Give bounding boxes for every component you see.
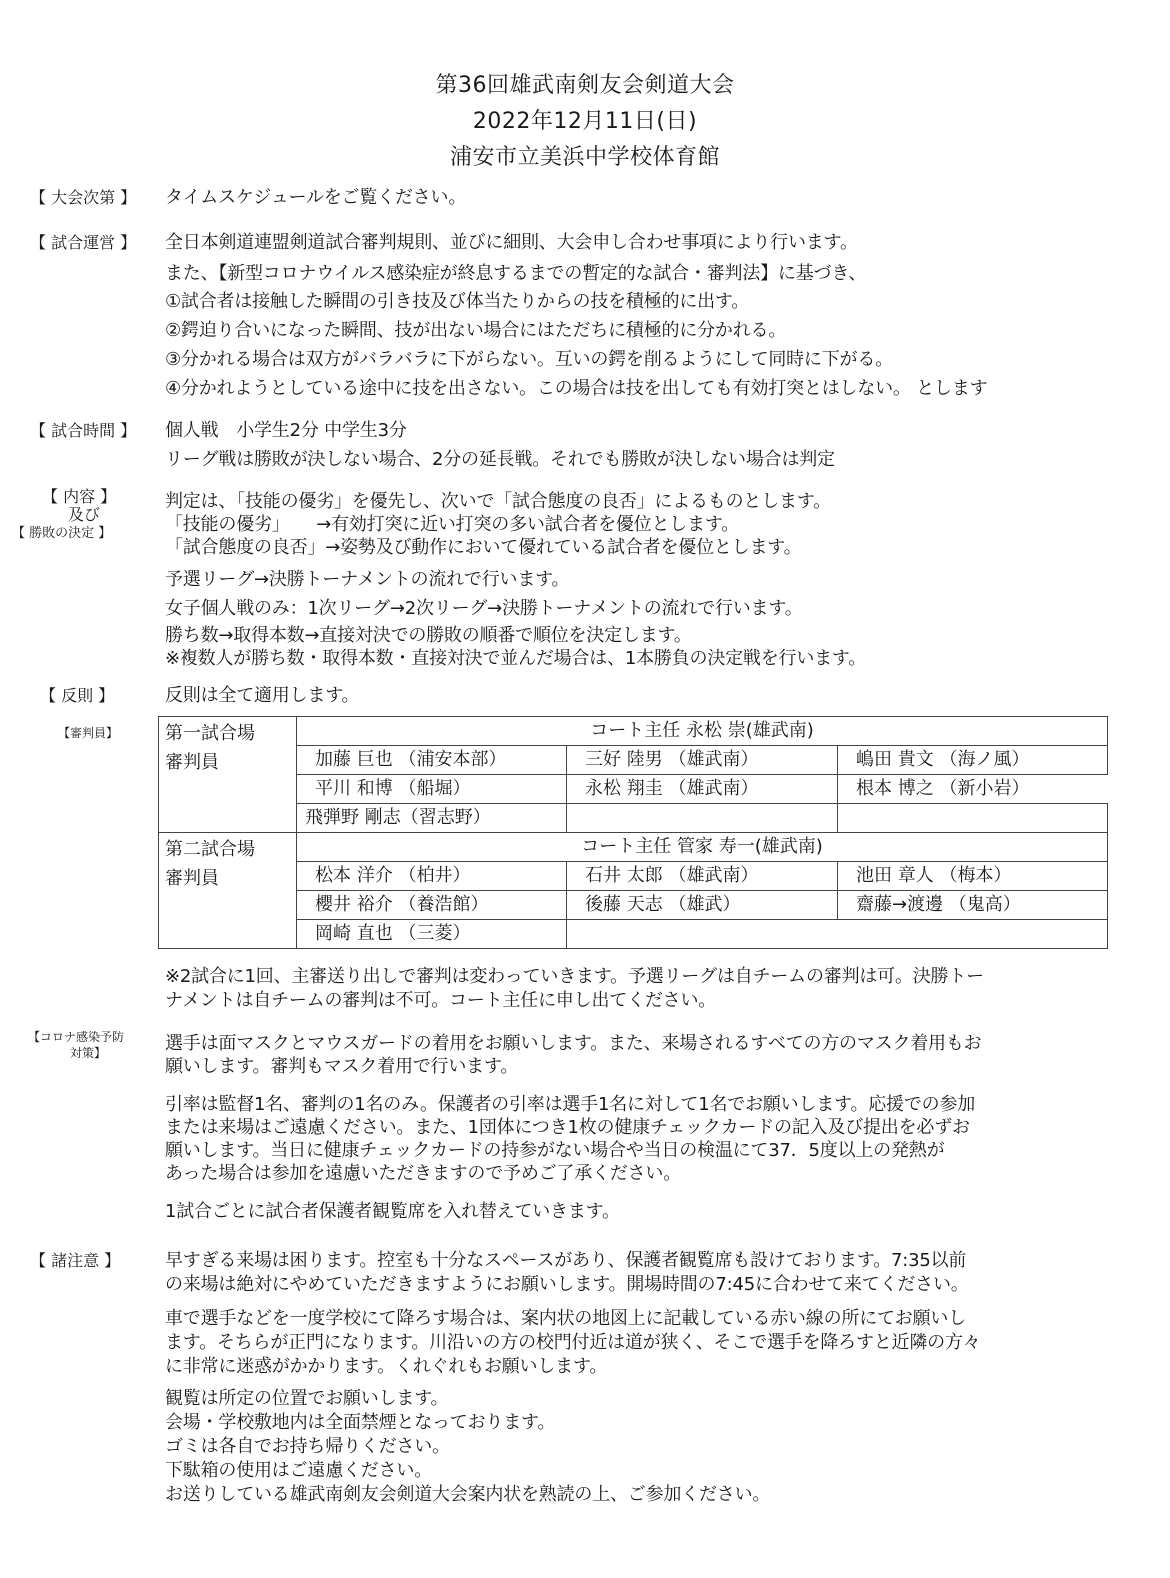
referee-cell: 嶋田 貴文 （海ノ風） [838, 746, 1108, 775]
court-1-chief: コート主任 永松 崇(雄武南) [297, 717, 1108, 746]
court-2-name-cell: 第二試合場 審判員 [159, 833, 297, 949]
operation-rule-2: ②鍔迫り合いになった瞬間、技が出ない場合にはただちに積極的に分かれる。 [165, 316, 786, 342]
referee-cell-empty [567, 804, 838, 833]
notes-line: 会場・学校敷地内は全面禁煙となっております。 [165, 1408, 555, 1434]
section-label-fouls: 【 反則 】 [40, 683, 114, 706]
court-1-role: 審判員 [165, 748, 290, 777]
section-label-decision: 【 勝敗の決定 】 [12, 522, 111, 541]
event-venue: 浦安市立美浜中学校体育館 [0, 140, 1170, 171]
table-row: 平川 和博 （船堀） 永松 翔圭 （雄武南） 根本 博之 （新小岩） [159, 775, 1108, 804]
court-2-chief: コート主任 管家 寿一(雄武南) [297, 833, 1108, 862]
section-label-covid-2: 対策】 [70, 1044, 106, 1061]
covid-line: あった場合は参加を遠慮いただきますので予めご了承ください。 [165, 1159, 681, 1185]
referee-note: ※2試合に1回、主審送り出しで審判は変わっていきます。予選リーグは自チームの審判… [165, 962, 984, 988]
court-1-name-cell: 第一試合場 審判員 [159, 717, 297, 833]
referee-cell: 松本 洋介 （柏井） [297, 862, 567, 891]
referee-cell: 櫻井 裕介 （養浩館） [297, 891, 567, 920]
referee-cell: 飛弾野 剛志（習志野） [297, 804, 567, 833]
court-2-name: 第二試合場 [165, 835, 290, 864]
table-row: 櫻井 裕介 （養浩館） 後藤 天志 （雄武） 齋藤→渡邊 （鬼高） [159, 891, 1108, 920]
section-label-covid: 【コロナ感染予防 [28, 1028, 124, 1045]
match-time-line: 個人戦 小学生2分 中学生3分 [165, 416, 407, 442]
notes-line: 車で選手などを一度学校にて降ろす場合は、案内状の地図上に記載している赤い線の所に… [165, 1304, 966, 1330]
referee-cell: 三好 陸男 （雄武南） [567, 746, 838, 775]
content-line: ※複数人が勝ち数・取得本数・直接対決で並んだ場合は、1本勝負の決定戦を行います。 [165, 644, 866, 670]
content-line: 「試合態度の良否」→姿勢及び動作において優れている試合者を優位とします。 [165, 533, 801, 559]
referee-cell: 永松 翔圭 （雄武南） [567, 775, 838, 804]
section-label-match-time: 【 試合時間 】 [30, 418, 136, 441]
event-title: 第36回雄武南剣友会剣道大会 [0, 68, 1170, 99]
referee-cell: 池田 章人 （梅本） [838, 862, 1108, 891]
operation-rule-3: ③分かれる場合は双方がバラバラに下がらない。互いの鍔を削るようにして同時に下がる… [165, 345, 893, 371]
content-line: 女子個人戦のみ：1次リーグ→2次リーグ→決勝トーナメントの流れで行います。 [165, 594, 803, 620]
referee-cell-empty [567, 920, 1108, 949]
section-label-operation: 【 試合運営 】 [30, 230, 136, 253]
section-label-referees: 【審判員】 [58, 724, 118, 741]
notes-line: 観覧は所定の位置でお願いします。 [165, 1384, 448, 1410]
court-2-role: 審判員 [165, 864, 290, 893]
referee-cell: 後藤 天志 （雄武） [567, 891, 838, 920]
referee-cell-empty [838, 804, 1108, 833]
notes-line: 早すぎる来場は困ります。控室も十分なスペースがあり、保護者観覧席も設けております… [165, 1246, 966, 1272]
operation-line: また、【新型コロナウイルス感染症が終息するまでの暫定的な試合・審判法】に基づき、 [165, 259, 866, 285]
operation-rule-4: ④分かれようとしている途中に技を出さない。この場合は技を出しても有効打突とはしな… [165, 374, 987, 400]
notes-line: に非常に迷惑がかかります。くれぐれもお願いします。 [165, 1352, 607, 1378]
fouls-text: 反則は全て適用します。 [165, 681, 359, 707]
referee-cell: 岡崎 直也 （三菱） [297, 920, 567, 949]
event-date: 2022年12月11日(日) [0, 104, 1170, 135]
notes-line: の来場は絶対にやめていただきますようにお願いします。開場時間の7:45に合わせて… [165, 1270, 969, 1296]
referee-cell: 根本 博之 （新小岩） [838, 775, 1108, 804]
court-2-chief-row: 第二試合場 審判員 コート主任 管家 寿一(雄武南) [159, 833, 1108, 862]
notes-line: ゴミは各自でお持ち帰りください。 [165, 1432, 450, 1458]
content-line: 予選リーグ→決勝トーナメントの流れで行います。 [165, 565, 569, 591]
covid-line: 1試合ごとに試合者保護者観覧席を入れ替えていきます。 [165, 1197, 620, 1223]
court-1-chief-row: 第一試合場 審判員 コート主任 永松 崇(雄武南) [159, 717, 1108, 746]
operation-rule-1: ①試合者は接触した瞬間の引き技及び体当たりからの技を積極的に出す。 [165, 287, 749, 313]
referee-cell: 齋藤→渡邊 （鬼高） [838, 891, 1108, 920]
court-1-name: 第一試合場 [165, 719, 290, 748]
covid-line: 願いします。審判もマスク着用で行います。 [165, 1052, 518, 1078]
match-time-line: リーグ戦は勝敗が決しない場合、2分の延長戦。それでも勝敗が決しない場合は判定 [165, 445, 835, 471]
section-label-schedule: 【 大会次第 】 [30, 185, 136, 208]
referee-note: ナメントは自チームの審判は不可。コート主任に申し出てください。 [165, 986, 716, 1012]
notes-line: ます。そちらが正門になります。川沿いの方の校門付近は道が狭く、そこで選手を降ろす… [165, 1328, 981, 1354]
notes-line: 下駄箱の使用はご遠慮ください。 [165, 1456, 432, 1482]
referee-table: 第一試合場 審判員 コート主任 永松 崇(雄武南) 加藤 巨也 （浦安本部） 三… [158, 716, 1108, 949]
schedule-text: タイムスケジュールをご覧ください。 [165, 183, 466, 209]
section-label-notes: 【 諸注意 】 [30, 1248, 120, 1271]
notes-line: お送りしている雄武南剣友会剣道大会案内状を熟読の上、ご参加ください。 [165, 1480, 770, 1506]
table-row: 松本 洋介 （柏井） 石井 太郎 （雄武南） 池田 章人 （梅本） [159, 862, 1108, 891]
table-row: 岡崎 直也 （三菱） [159, 920, 1108, 949]
table-row: 加藤 巨也 （浦安本部） 三好 陸男 （雄武南） 嶋田 貴文 （海ノ風） [159, 746, 1108, 775]
table-row: 飛弾野 剛志（習志野） [159, 804, 1108, 833]
referee-cell: 平川 和博 （船堀） [297, 775, 567, 804]
operation-line: 全日本剣道連盟剣道試合審判規則、並びに細則、大会申し合わせ事項により行います。 [165, 228, 858, 254]
referee-cell: 加藤 巨也 （浦安本部） [297, 746, 567, 775]
referee-cell: 石井 太郎 （雄武南） [567, 862, 838, 891]
